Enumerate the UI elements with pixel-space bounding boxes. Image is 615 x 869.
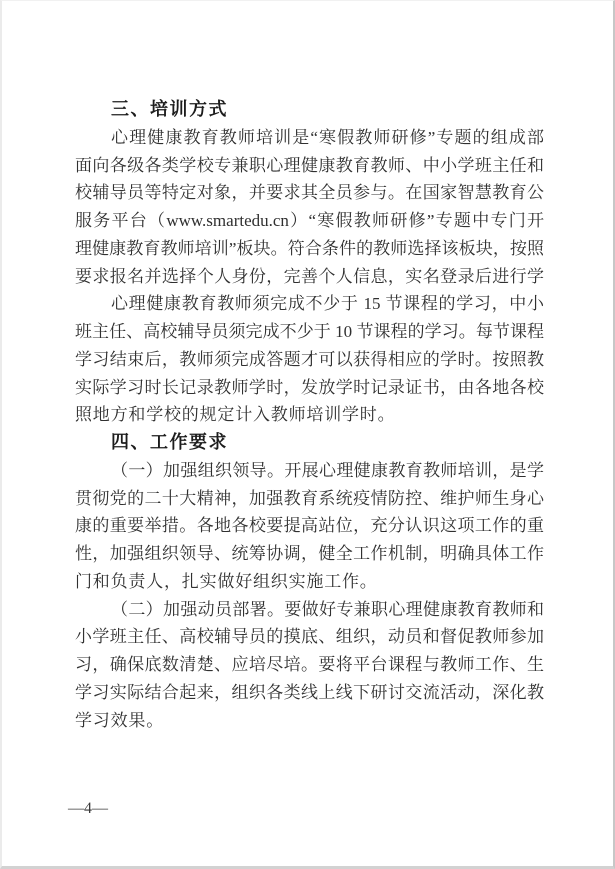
text-line: 心理健康教育教师培训是“寒假教师研修”专题的组成部分， — [75, 124, 544, 152]
section-heading: 三、培训方式 — [75, 96, 544, 124]
text-line: 要求报名并选择个人身份，完善个人信息，实名登录后进行学习。 — [75, 263, 544, 291]
text-line: 理健康教育教师培训”板块。符合条件的教师选择该板块，按照 — [75, 235, 544, 263]
text-line: 服务平台（www.smartedu.cn）“寒假教师研修”专题中专门开设“心 — [75, 207, 544, 235]
text-line: 小学班主任、高校辅导员的摸底、组织，动员和督促教师参加学 — [75, 623, 544, 651]
section-heading: 四、工作要求 — [75, 429, 544, 457]
text-line: 照地方和学校的规定计入教师培训学时。 — [75, 401, 544, 429]
text-line: 贯彻党的二十大精神，加强教育系统疫情防控、维护师生身心健 — [75, 485, 544, 513]
text-line: 康的重要举措。各地各校要提高站位，充分认识这项工作的重要 — [75, 512, 544, 540]
text-line: 性，加强组织领导、统筹协调，健全工作机制，明确具体工作部 — [75, 540, 544, 568]
text-line: （一）加强组织领导。开展心理健康教育教师培训，是学习 — [75, 457, 544, 485]
text-line: 班主任、高校辅导员须完成不少于 10 节课程的学习。每节课程 — [75, 318, 544, 346]
text-line: 心理健康教育教师须完成不少于 15 节课程的学习，中小学 — [75, 290, 544, 318]
text-line: 学习效果。 — [75, 707, 544, 735]
text-line: 面向各级各类学校专兼职心理健康教育教师、中小学班主任和高 — [75, 152, 544, 180]
text-line: 门和负责人，扎实做好组织实施工作。 — [75, 568, 544, 596]
document-page: 三、培训方式心理健康教育教师培训是“寒假教师研修”专题的组成部分，面向各级各类学… — [0, 0, 615, 869]
text-line: 学习结束后，教师须完成答题才可以获得相应的学时。按照教师 — [75, 346, 544, 374]
document-body: 三、培训方式心理健康教育教师培训是“寒假教师研修”专题的组成部分，面向各级各类学… — [75, 96, 544, 734]
text-line: 校辅导员等特定对象，并要求其全员参与。在国家智慧教育公共 — [75, 179, 544, 207]
text-line: 学习实际结合起来，组织各类线上线下研讨交流活动，深化教师 — [75, 679, 544, 707]
text-line: （二）加强动员部署。要做好专兼职心理健康教育教师和中 — [75, 596, 544, 624]
text-line: 实际学习时长记录教师学时，发放学时记录证书，由各地各校按 — [75, 374, 544, 402]
text-line: 习，确保底数清楚、应培尽培。要将平台课程与教师工作、生活、 — [75, 651, 544, 679]
page-number: —4— — [68, 797, 108, 821]
